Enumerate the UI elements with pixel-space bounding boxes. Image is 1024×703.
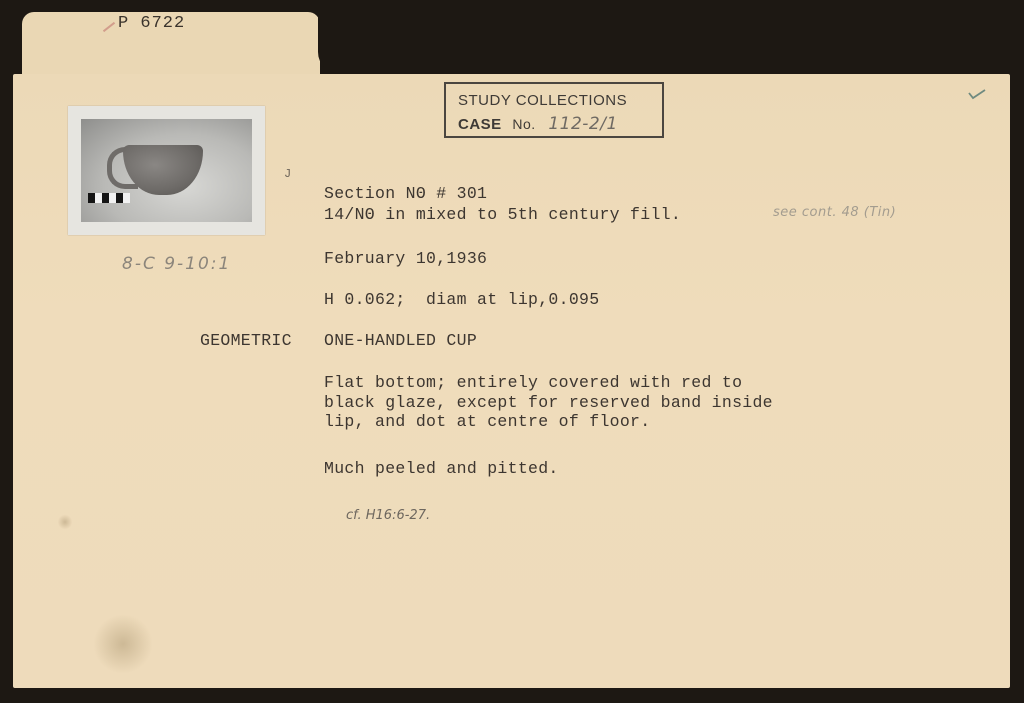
object-photo (68, 106, 265, 235)
description-line: lip, and dot at centre of floor. (324, 412, 650, 432)
scale-bar-icon (88, 193, 130, 203)
side-pencil-note: see cont. 48 (Tin) (773, 205, 896, 220)
category-label: GEOMETRIC (200, 331, 292, 350)
no-label: No. (512, 116, 535, 132)
section-line: Section ΝΘ # 301 (324, 184, 487, 204)
date-line: February 10,1936 (324, 249, 487, 269)
case-number: 112-2/1 (548, 114, 617, 134)
description-line: Flat bottom; entirely covered with red t… (324, 373, 742, 393)
cf-pencil-note: cf. H16:6-27. (346, 508, 430, 523)
condition-line: Much peeled and pitted. (324, 459, 559, 479)
case-label: CASE (458, 116, 502, 133)
study-collections-stamp: STUDY COLLECTIONS CASE No. 112-2/1 (444, 82, 664, 138)
check-icon (968, 88, 986, 100)
tab-notch (318, 0, 358, 74)
stain (93, 614, 153, 674)
object-name: ONE-HANDLED CUP (324, 331, 477, 351)
reference-code: 8-C 9-10:1 (122, 254, 231, 274)
pencil-tick: J (284, 167, 291, 181)
stain (58, 514, 72, 530)
description-line: black glaze, except for reserved band in… (324, 393, 773, 413)
stamp-title: STUDY COLLECTIONS (458, 92, 627, 109)
context-line: 14/NΘ in mixed to 5th century fill. (324, 205, 681, 225)
inventory-number: P 6722 (118, 14, 185, 33)
dimensions-line: H 0.062; diam at lip,0.095 (324, 290, 599, 310)
photo-image (81, 119, 252, 222)
stamp-case-line: CASE No. 112-2/1 (458, 114, 618, 134)
